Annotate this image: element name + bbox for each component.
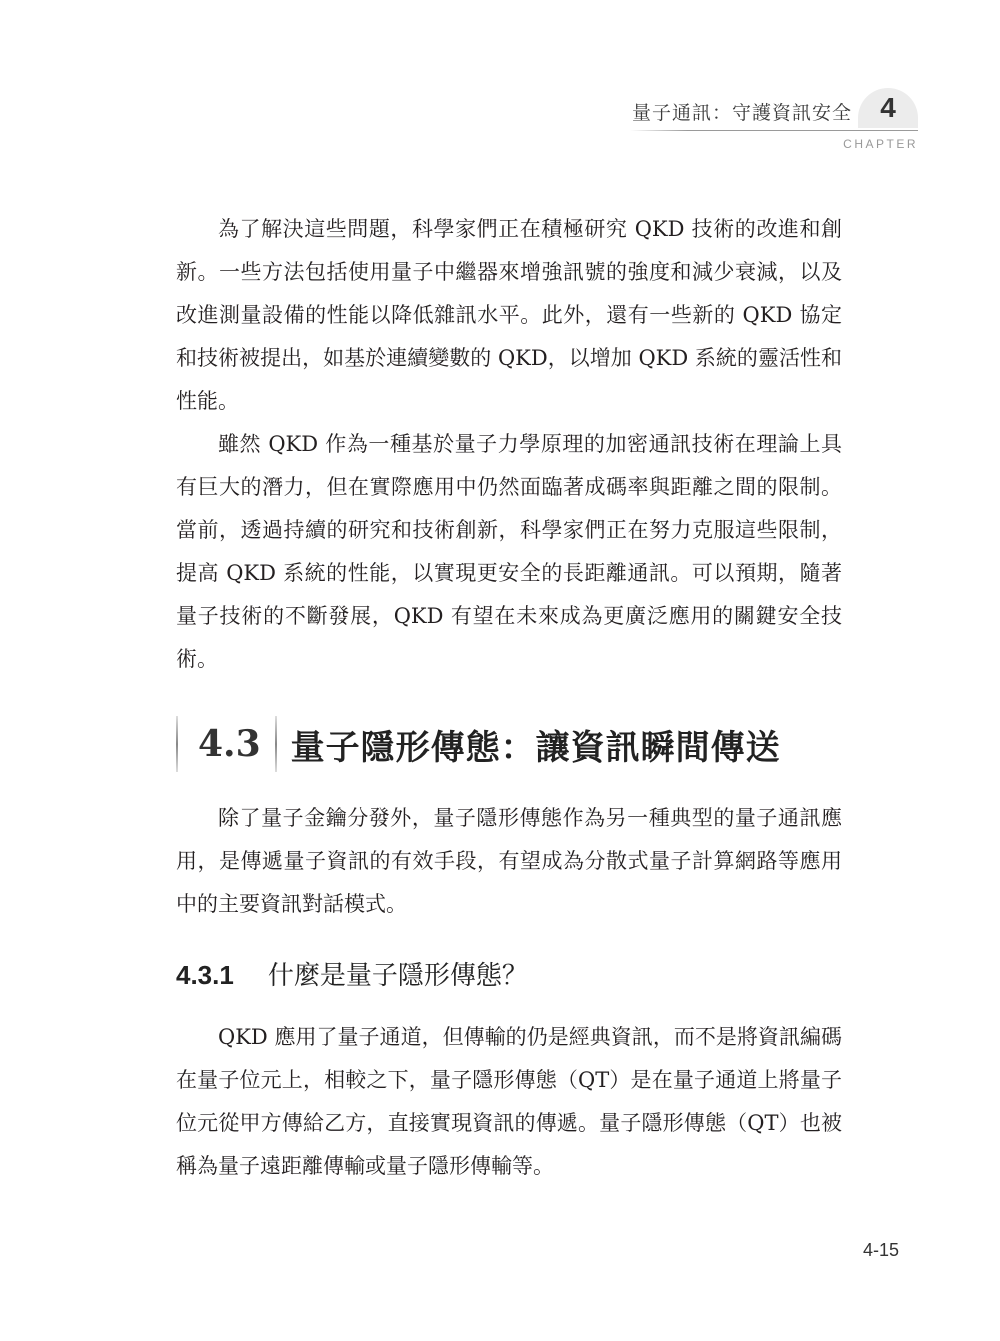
running-header: 量子通訊：守護資訊安全 4 CHAPTER — [0, 0, 1000, 160]
section-heading: 4.3 量子隱形傳態：讓資訊瞬間傳送 — [176, 714, 781, 774]
section-title: 量子隱形傳態：讓資訊瞬間傳送 — [291, 720, 781, 769]
section-divider-left — [176, 716, 178, 772]
subsection-title: 什麼是量子隱形傳態？ — [268, 961, 528, 991]
chapter-number: 4 — [858, 92, 918, 124]
subsection-number: 4.3.1 — [176, 960, 234, 990]
section-number: 4.3 — [198, 723, 261, 765]
chapter-label: CHAPTER — [843, 137, 918, 151]
subsection-paragraph: QKD 應用了量子通道，但傳輸的仍是經典資訊，而不是將資訊編碼在量子位元上，相較… — [176, 1016, 842, 1188]
body-paragraph: 雖然 QKD 作為一種基於量子力學原理的加密通訊技術在理論上具有巨大的潛力，但在… — [176, 423, 842, 681]
running-title: 量子通訊：守護資訊安全 — [632, 98, 852, 125]
section-divider-right — [275, 716, 277, 772]
header-rule — [630, 130, 918, 131]
body-paragraph: 為了解決這些問題，科學家們正在積極研究 QKD 技術的改進和創新。一些方法包括使… — [176, 208, 842, 423]
section-intro-paragraph: 除了量子金鑰分發外，量子隱形傳態作為另一種典型的量子通訊應用，是傳遞量子資訊的有… — [176, 797, 842, 926]
page-number: 4-15 — [863, 1240, 899, 1261]
subsection-heading: 4.3.1什麼是量子隱形傳態？ — [176, 955, 528, 992]
